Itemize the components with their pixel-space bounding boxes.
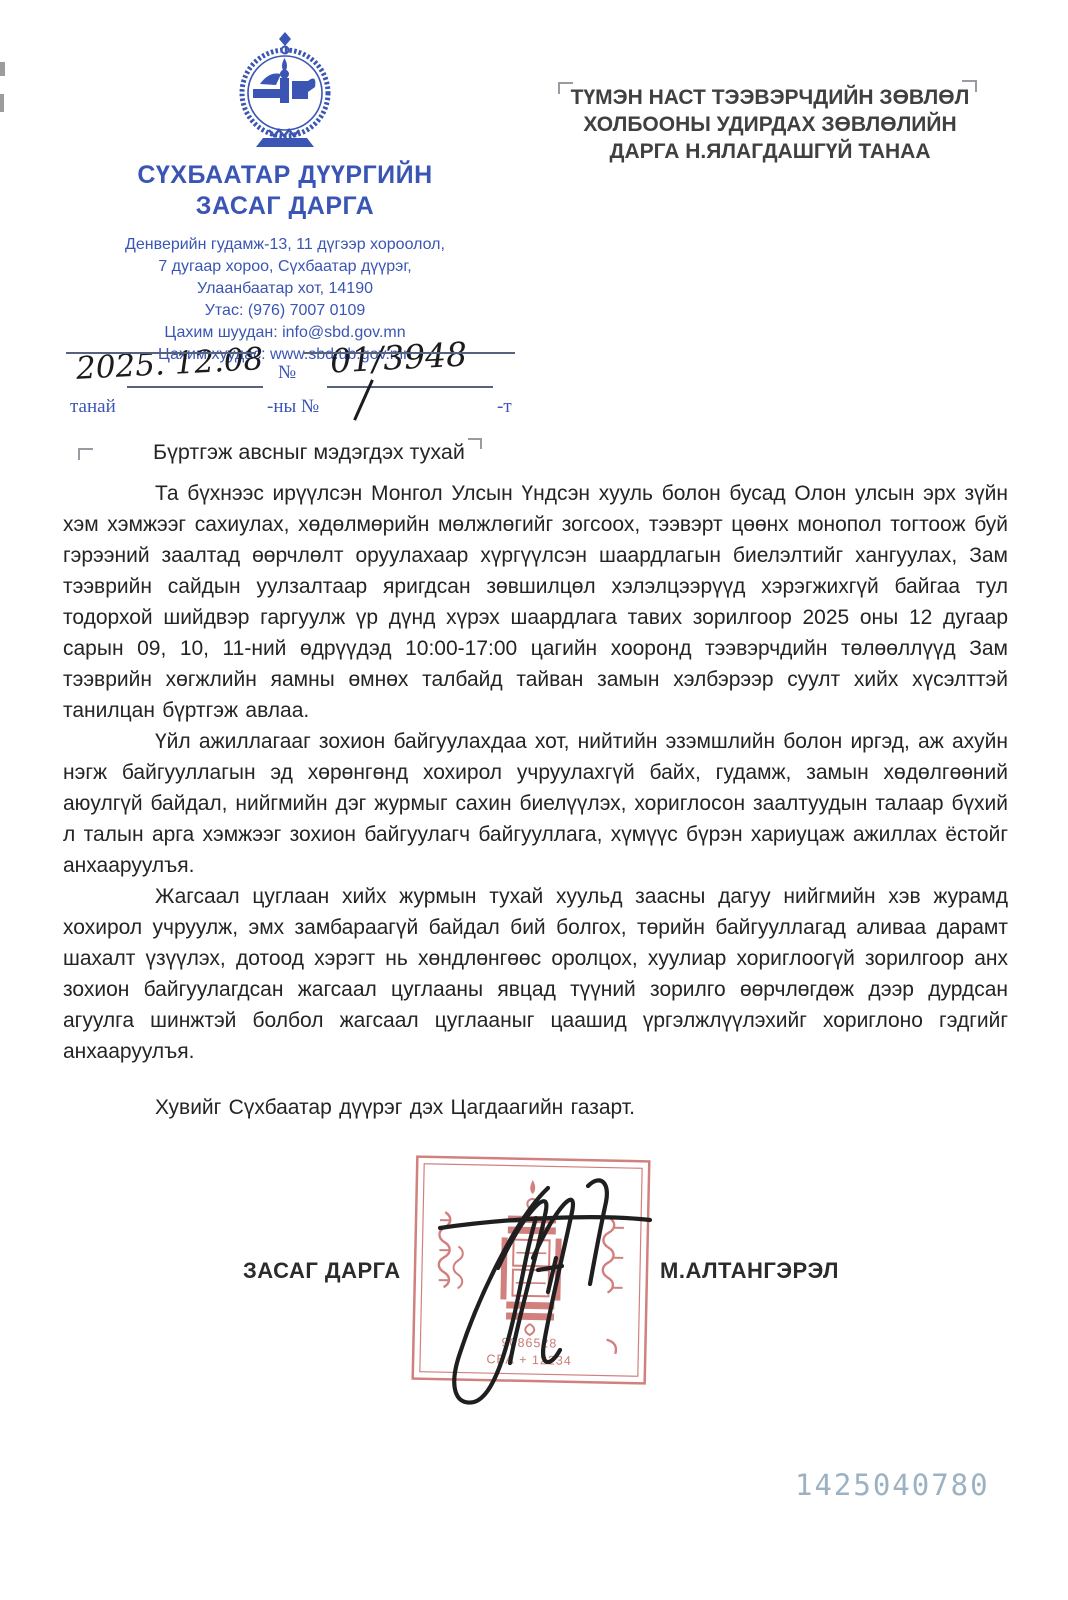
your-underline (127, 386, 263, 388)
sukhbaatar-district-emblem-icon (229, 30, 341, 150)
your-label: танай (70, 396, 116, 418)
body-paragraph-3: Жагсаал цуглаан хийх журмын тухай хуульд… (63, 881, 1008, 1067)
subject-text: Бүртгэж авсныг мэдэгдэх тухай (153, 440, 465, 464)
signer-title: ЗАСАГ ДАРГА (243, 1258, 401, 1284)
address-line: Улаанбаатар хот, 14190 (70, 278, 500, 300)
scan-artifact (0, 62, 5, 76)
handwritten-signature (398, 1158, 678, 1418)
recipient-block: ТҮМЭН НАСТ ТЭЭВЭРЧДИЙН ЗӨВЛӨЛ ХОЛБООНЫ У… (540, 84, 1000, 165)
your-number-underline (327, 386, 493, 388)
letterhead: СҮХБААТАР ДҮҮРГИЙН ЗАСАГ ДАРГА Денверийн… (70, 30, 500, 366)
number-underline (303, 352, 515, 354)
date-underline (66, 352, 256, 354)
org-name-line1: СҮХБААТАР ДҮҮРГИЙН (70, 160, 500, 191)
scanned-letter-page: СҮХБААТАР ДҮҮРГИЙН ЗАСАГ ДАРГА Денверийн… (0, 0, 1068, 1600)
org-name-line2: ЗАСАГ ДАРГА (70, 191, 500, 222)
address-line: 7 дугаар хороо, Сүхбаатар дүүрэг, (70, 256, 500, 278)
footer-document-number: 1425040780 (795, 1468, 990, 1502)
number-sign-label: № (278, 362, 296, 384)
your-number-label: -ны № (267, 396, 319, 418)
address-line: Денверийн гудамж-13, 11 дүгээр хороолол, (70, 234, 500, 256)
letter-body: Та бүхнээс ирүүлсэн Монгол Улсын Үндсэн … (63, 478, 1008, 1123)
subject-line: Бүртгэж авсныг мэдэгдэх тухай (153, 438, 482, 465)
phone-line: Утас: (976) 7007 0109 (70, 300, 500, 322)
crop-mark-subject-left (78, 448, 93, 460)
recipient-line1: ТҮМЭН НАСТ ТЭЭВЭРЧДИЙН ЗӨВЛӨЛ (540, 84, 1000, 111)
signer-name: М.АЛТАНГЭРЭЛ (660, 1258, 839, 1284)
body-paragraph-1: Та бүхнээс ирүүлсэн Монгол Улсын Үндсэн … (63, 478, 1008, 726)
org-name: СҮХБААТАР ДҮҮРГИЙН ЗАСАГ ДАРГА (70, 160, 500, 222)
body-paragraph-2: Үйл ажиллагааг зохион байгуулахдаа хот, … (63, 726, 1008, 881)
suffix-label: -т (497, 396, 512, 418)
crop-mark-subject-right (468, 438, 482, 449)
cc-line: Хувийг Сүхбаатар дүүрэг дэх Цагдаагийн г… (63, 1092, 1008, 1123)
recipient-line3: ДАРГА Н.ЯЛАГДАШГҮЙ ТАНАА (540, 138, 1000, 165)
recipient-line2: ХОЛБООНЫ УДИРДАХ ЗӨВЛӨЛИЙН (540, 111, 1000, 138)
handwritten-doc-number: 01/3948 (329, 334, 468, 380)
scan-artifact (0, 94, 4, 112)
